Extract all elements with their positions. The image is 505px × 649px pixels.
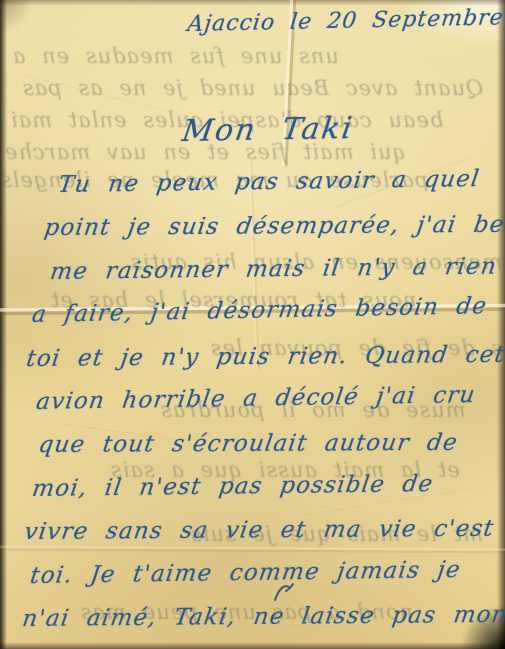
letter-line: avion horrible a décolé j'ai cru	[32, 381, 505, 432]
bleedthrough-line: Quant avec Beau uned je ne as pas	[22, 76, 483, 100]
letter-line: Tu ne peux pas savoir a quel	[54, 166, 505, 216]
scan-edge-left	[0, 0, 7, 649]
letter-body: Tu ne peux pas savoir a quel point je su…	[12, 172, 505, 649]
letter-line: moi, il n'est pas possible de	[28, 470, 505, 519]
letter-salutation: Mon Taki	[180, 111, 356, 149]
bleedthrough-line: uns une fus meadus en a	[12, 44, 339, 68]
scan-edge-top	[0, 0, 505, 6]
letter-line: a faire, j'ai désormais besoin de	[28, 293, 505, 346]
letter-line: toi. Je t'aime comme jamais je	[26, 556, 505, 606]
ink-correction-mark	[272, 582, 298, 604]
letter-line: point je suis désemparée, j'ai beau	[40, 212, 505, 259]
scanned-letter-page: { "letter": { "dateline": "Ajaccio le 20…	[0, 0, 505, 649]
letter-line: que tout s'écroulait autour de	[34, 430, 505, 476]
letter-line: vivre sans sa vie et ma vie c'est	[20, 516, 505, 563]
letter-line: n'ai aimé, Taki, ne laisse pas mon	[18, 602, 505, 649]
